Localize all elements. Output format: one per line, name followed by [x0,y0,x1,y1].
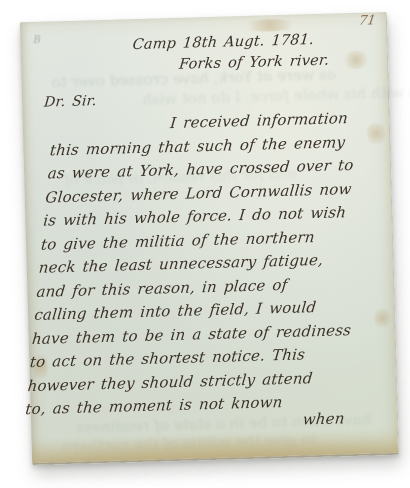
letter-body: I received information this morning that… [23,106,400,439]
salutation: Dr. Sir. [43,93,97,111]
foxing-spot [240,18,300,32]
foxing-spot [343,50,369,69]
placeline: Forks of York river. [178,53,330,73]
dateline: Camp 18th Augt. 1781. [132,32,315,53]
pencil-corner-mark: B [33,35,41,46]
letter-sheet: as were at York, have crossed over to is… [20,12,399,465]
page-number: 71 [358,13,377,29]
ghost-writing: is with his whole force. I do not wish [141,83,410,109]
letter-photograph: as were at York, have crossed over to is… [0,0,410,488]
